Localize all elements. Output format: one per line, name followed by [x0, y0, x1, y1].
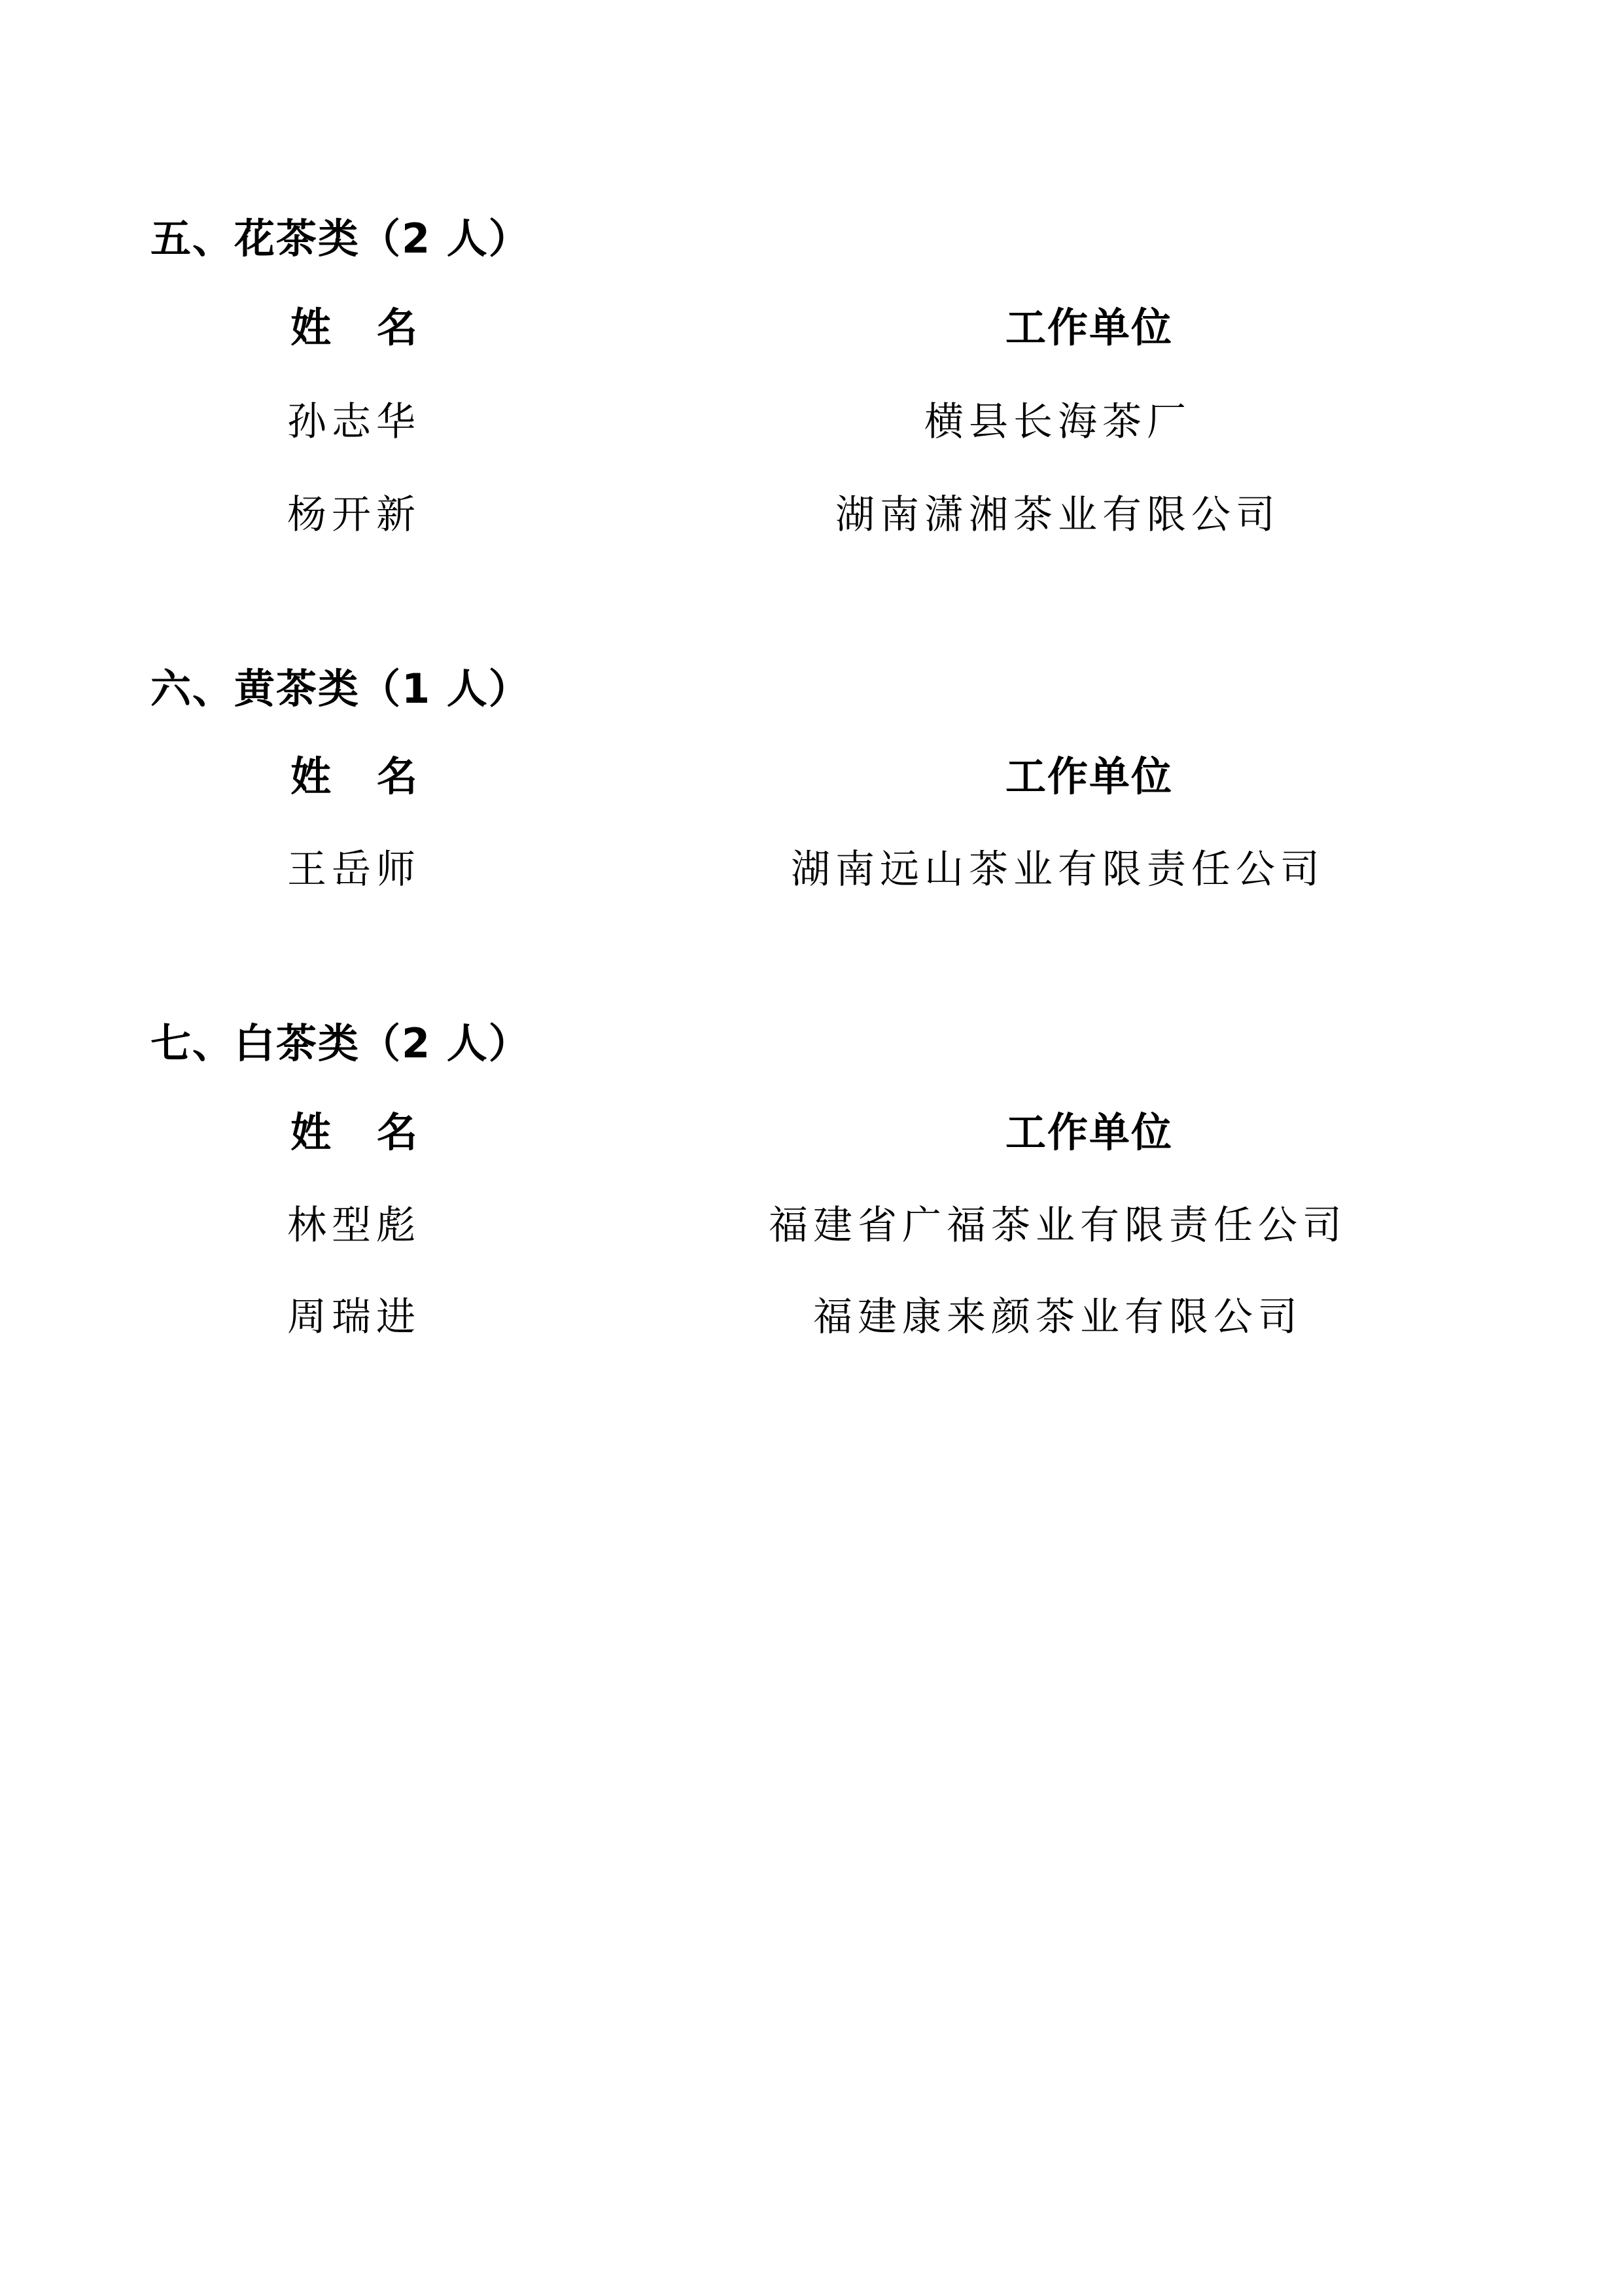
section-heading: 七、白茶类（2 人） — [150, 1021, 531, 1067]
person-name: 林型彪 — [287, 1203, 421, 1248]
work-unit: 湖南远山茶业有限责任公司 — [791, 847, 1325, 892]
person-name: 周瑞进 — [287, 1294, 421, 1340]
column-header-org: 工作单位 — [1005, 754, 1173, 800]
column-header-org: 工作单位 — [1005, 1110, 1173, 1156]
column-header-name: 姓名 — [290, 305, 463, 351]
person-name: 王岳师 — [287, 847, 421, 892]
work-unit: 横县长海茶厂 — [924, 399, 1191, 445]
column-header-org: 工作单位 — [1005, 305, 1173, 351]
column-header-name: 姓名 — [290, 1110, 463, 1156]
person-name: 杨开新 — [287, 492, 421, 538]
work-unit: 湖南潇湘茶业有限公司 — [835, 492, 1280, 538]
person-name: 孙志华 — [287, 399, 421, 445]
work-unit: 福建省广福茶业有限责任公司 — [769, 1203, 1347, 1248]
section-heading: 五、花茶类（2 人） — [150, 216, 531, 262]
column-header-name: 姓名 — [290, 754, 463, 800]
section-heading: 六、黄茶类（1 人） — [150, 666, 531, 712]
work-unit: 福建康来颜茶业有限公司 — [813, 1294, 1302, 1340]
